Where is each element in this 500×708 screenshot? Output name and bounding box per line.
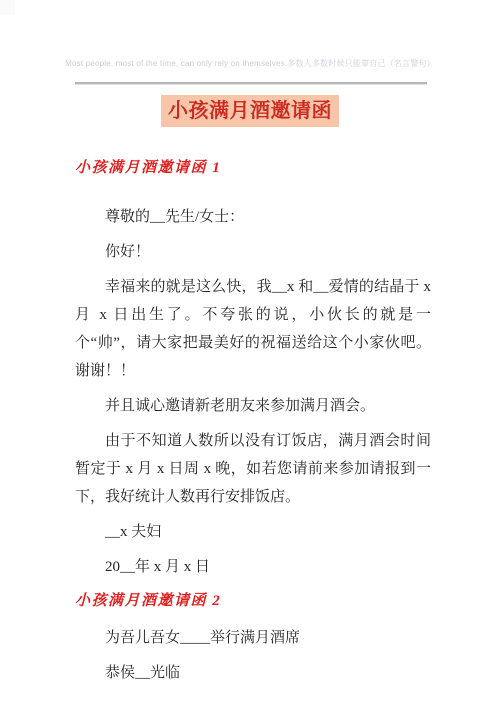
header-divider: [75, 82, 427, 85]
salutation-line: 尊敬的__先生/女士：: [75, 203, 431, 231]
logistics-paragraph: 由于不知道人数所以没有订饭店，满月酒会时间暂定于 x 月 x 日周 x 晚，如若…: [75, 427, 431, 511]
header-watermark-note: Most people, most of the time, can only …: [0, 58, 500, 69]
banquet-line: 为吾儿吾女____举行满月酒席: [75, 624, 431, 652]
date-line: 20__年 x 月 x 日: [75, 553, 431, 581]
section-heading-2: 小孩满月酒邀请函 2: [75, 591, 431, 612]
page-title: 小孩满月酒邀请函: [161, 95, 339, 127]
document-body: 小孩满月酒邀请函 1 尊敬的__先生/女士： 你好！ 幸福来的就是这么快，我__…: [75, 148, 431, 694]
title-row: 小孩满月酒邀请函: [0, 95, 500, 127]
await-presence-line: 恭侯__光临: [75, 659, 431, 687]
document-page: Most people, most of the time, can only …: [0, 0, 500, 708]
section-heading-1: 小孩满月酒邀请函 1: [75, 158, 431, 179]
signature-line: __x 夫妇: [75, 518, 431, 546]
corner-artifact: [0, 0, 15, 15]
invitation-line: 并且诚心邀请新老朋友来参加满月酒会。: [75, 392, 431, 420]
greeting-line: 你好！: [75, 238, 431, 266]
announcement-paragraph: 幸福来的就是这么快，我__x 和__爱情的结晶于 x 月 x 日出生了。不夸张的…: [75, 273, 431, 385]
